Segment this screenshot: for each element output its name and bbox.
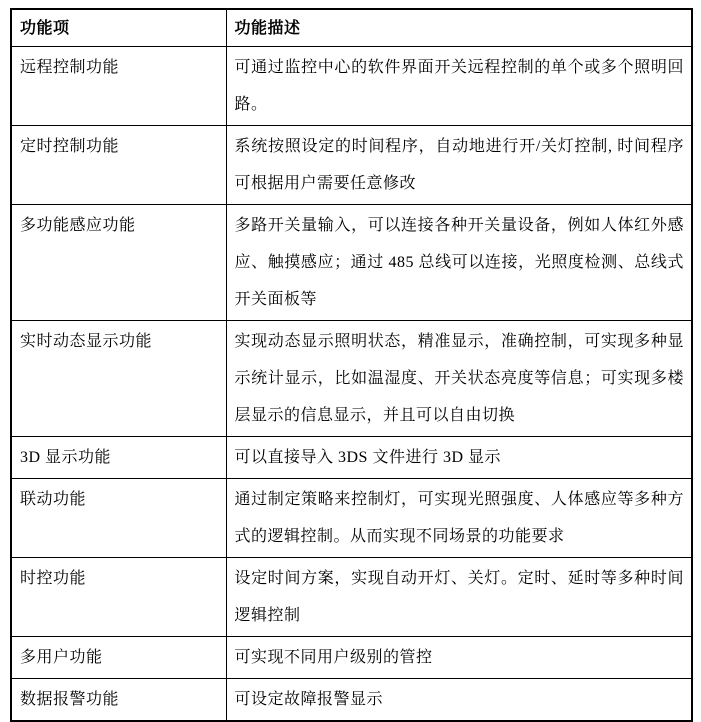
feature-item-cell: 实时动态显示功能 (11, 321, 226, 437)
feature-item-cell: 数据报警功能 (11, 679, 226, 722)
feature-item-cell: 多用户功能 (11, 637, 226, 679)
table-row: 多用户功能可实现不同用户级别的管控 (11, 637, 692, 679)
feature-item-cell: 远程控制功能 (11, 47, 226, 126)
column-header-item: 功能项 (11, 9, 226, 47)
feature-desc-cell: 可设定故障报警显示 (226, 679, 692, 722)
header-row: 功能项 功能描述 (11, 9, 692, 47)
table-row: 3D 显示功能可以直接导入 3DS 文件进行 3D 显示 (11, 437, 692, 479)
feature-desc-cell: 实现动态显示照明状态，精准显示，准确控制，可实现多种显示统计显示，比如温湿度、开… (226, 321, 692, 437)
feature-item-cell: 时控功能 (11, 558, 226, 637)
feature-desc-cell: 多路开关量输入，可以连接各种开关量设备，例如人体红外感应、触摸感应；通过 485… (226, 205, 692, 321)
table-row: 数据报警功能可设定故障报警显示 (11, 679, 692, 722)
table-row: 远程控制功能可通过监控中心的软件界面开关远程控制的单个或多个照明回路。 (11, 47, 692, 126)
feature-item-cell: 3D 显示功能 (11, 437, 226, 479)
feature-desc-cell: 通过制定策略来控制灯，可实现光照强度、人体感应等多种方式的逻辑控制。从而实现不同… (226, 479, 692, 558)
table-row: 多功能感应功能多路开关量输入，可以连接各种开关量设备，例如人体红外感应、触摸感应… (11, 205, 692, 321)
feature-item-cell: 联动功能 (11, 479, 226, 558)
feature-item-cell: 定时控制功能 (11, 126, 226, 205)
table-row: 时控功能设定时间方案，实现自动开灯、关灯。定时、延时等多种时间逻辑控制 (11, 558, 692, 637)
feature-table: 功能项 功能描述 远程控制功能可通过监控中心的软件界面开关远程控制的单个或多个照… (10, 8, 693, 722)
table-row: 定时控制功能系统按照设定的时间程序，自动地进行开/关灯控制, 时间程序可根据用户… (11, 126, 692, 205)
table-body: 远程控制功能可通过监控中心的软件界面开关远程控制的单个或多个照明回路。定时控制功… (11, 47, 692, 722)
feature-item-cell: 多功能感应功能 (11, 205, 226, 321)
table-row: 联动功能通过制定策略来控制灯，可实现光照强度、人体感应等多种方式的逻辑控制。从而… (11, 479, 692, 558)
feature-desc-cell: 可实现不同用户级别的管控 (226, 637, 692, 679)
feature-desc-cell: 可通过监控中心的软件界面开关远程控制的单个或多个照明回路。 (226, 47, 692, 126)
column-header-desc: 功能描述 (226, 9, 692, 47)
feature-desc-cell: 设定时间方案，实现自动开灯、关灯。定时、延时等多种时间逻辑控制 (226, 558, 692, 637)
feature-table-container: 功能项 功能描述 远程控制功能可通过监控中心的软件界面开关远程控制的单个或多个照… (10, 8, 693, 722)
feature-desc-cell: 可以直接导入 3DS 文件进行 3D 显示 (226, 437, 692, 479)
feature-desc-cell: 系统按照设定的时间程序，自动地进行开/关灯控制, 时间程序可根据用户需要任意修改 (226, 126, 692, 205)
table-row: 实时动态显示功能实现动态显示照明状态，精准显示，准确控制，可实现多种显示统计显示… (11, 321, 692, 437)
